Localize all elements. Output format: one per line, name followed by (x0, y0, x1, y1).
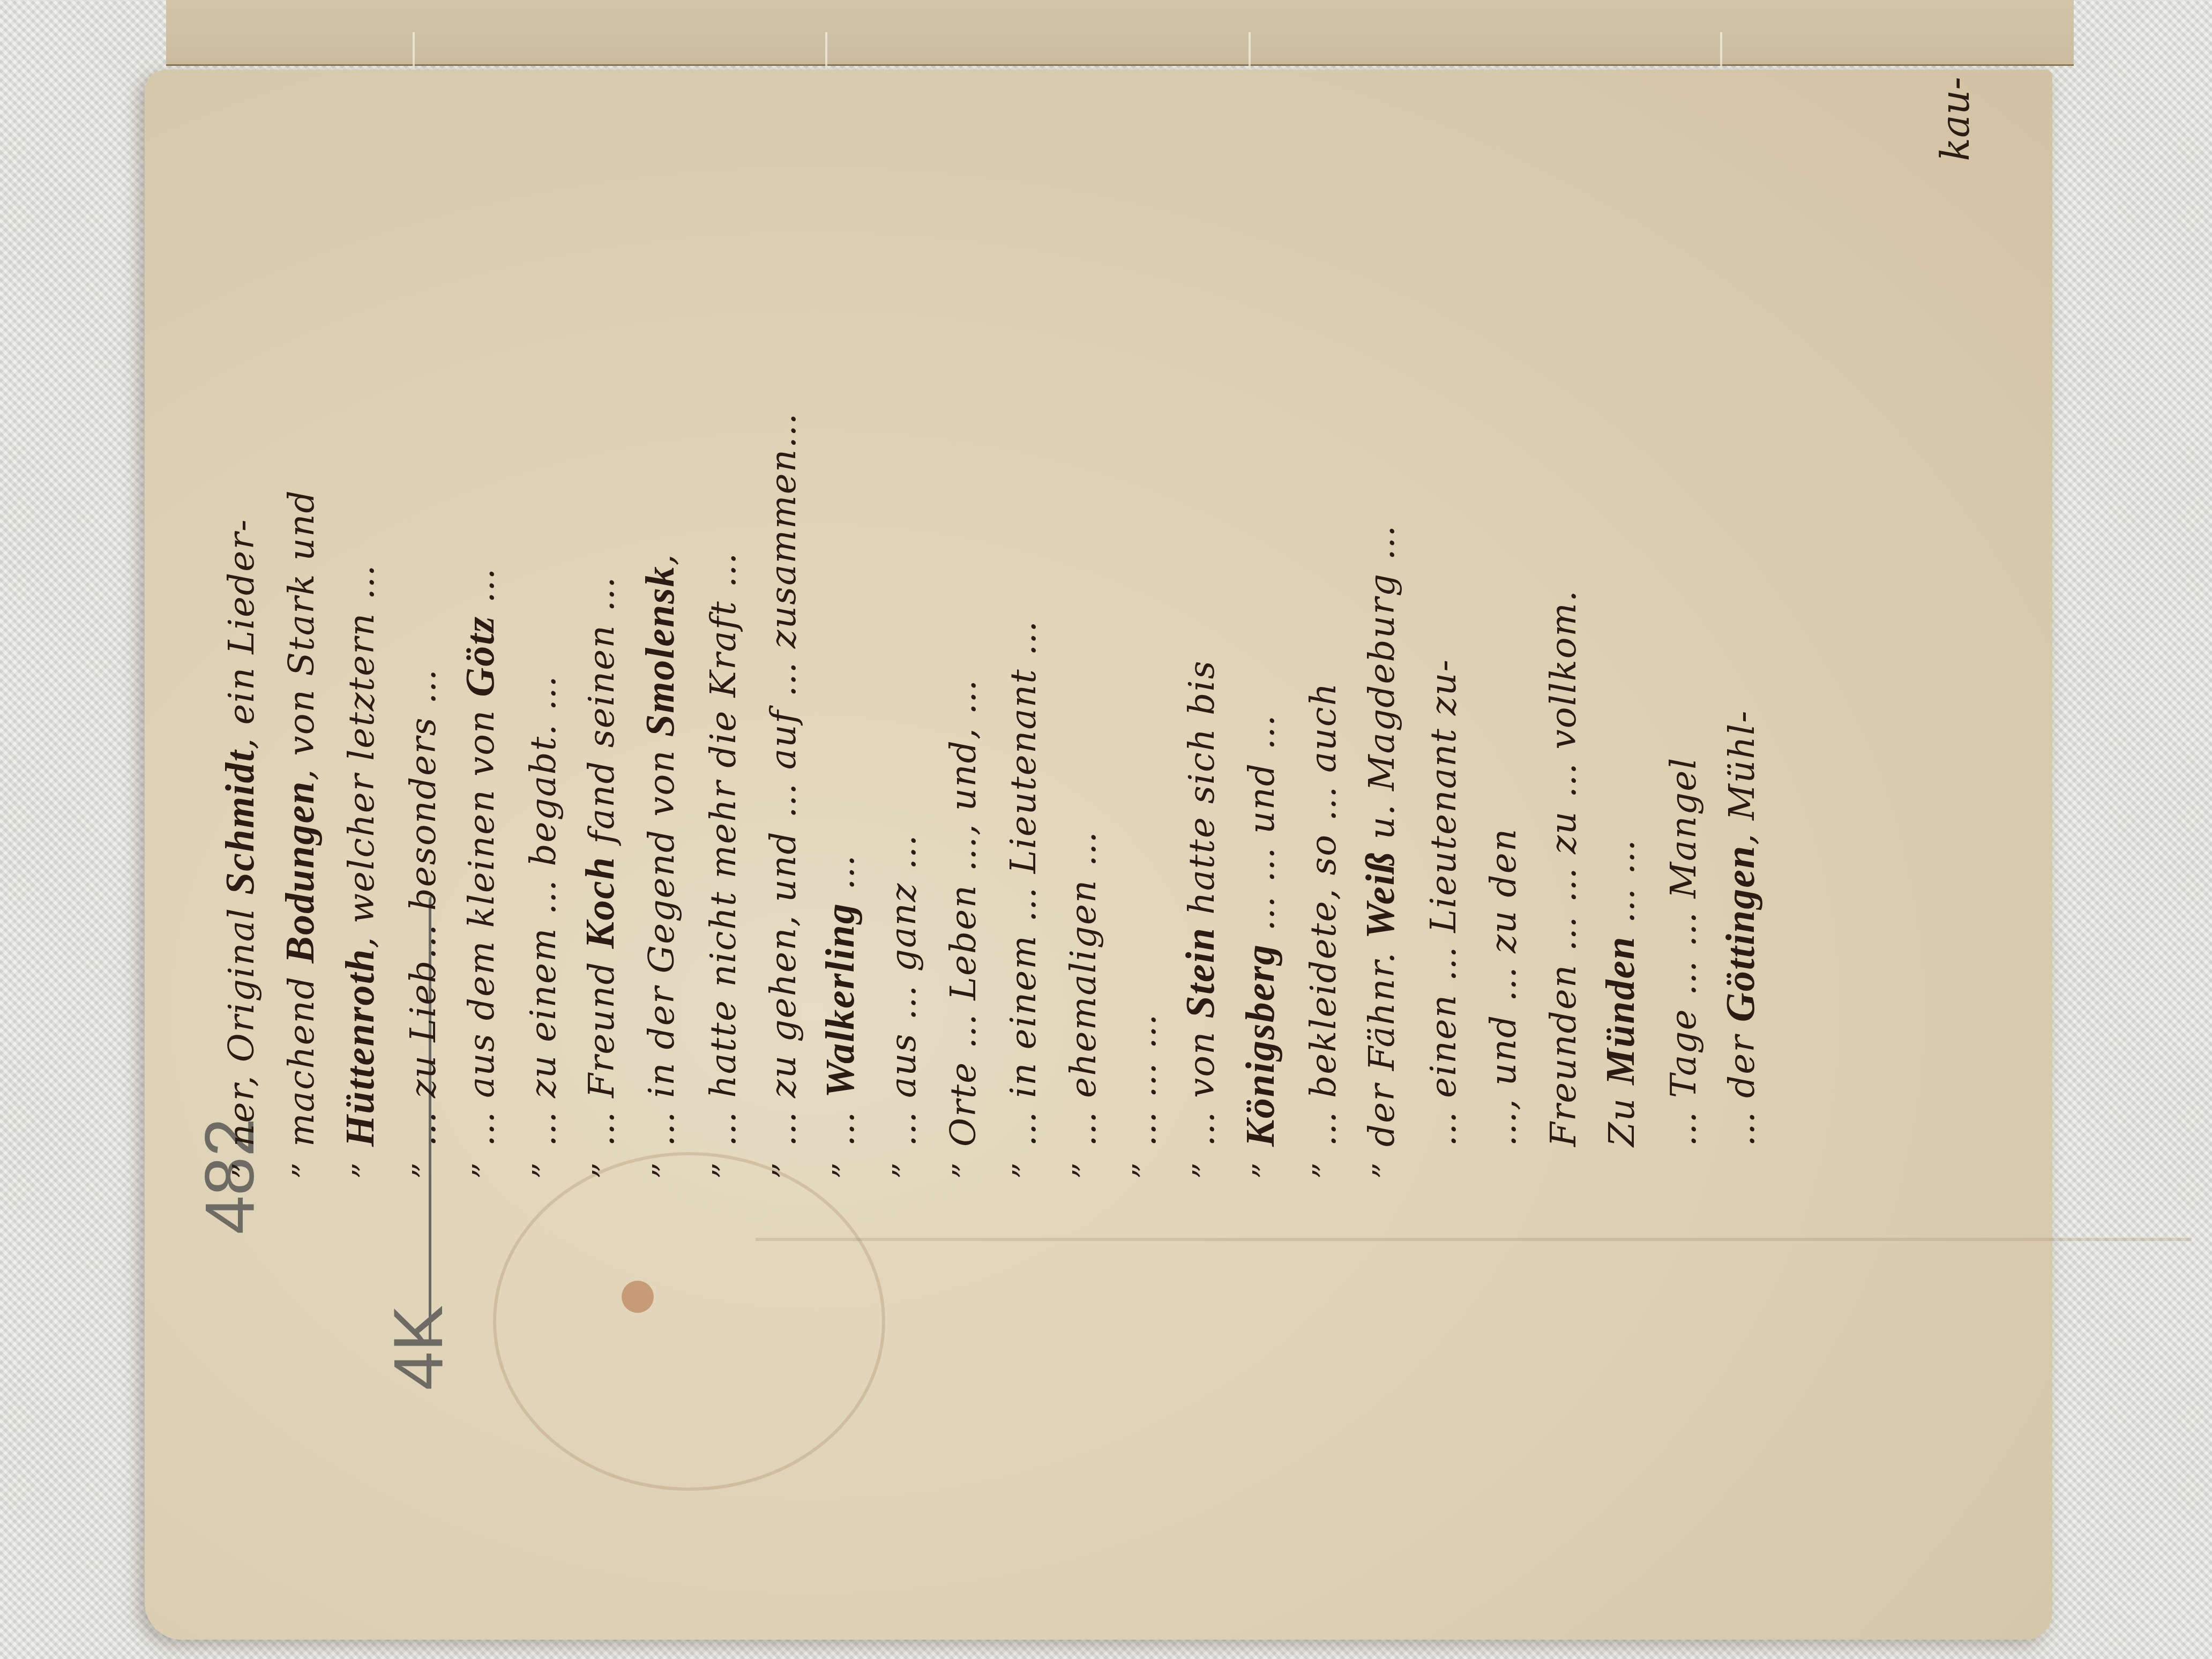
text-line: ”… hatte nicht mehr die Kraft … (684, 80, 744, 1179)
ditto-mark: ” (1186, 1147, 1224, 1179)
place-name: Smolensk (638, 565, 683, 737)
text-line: … einen … Lieutenant zu- (1404, 80, 1464, 1179)
ditto-mark: ” (826, 1147, 864, 1179)
text-line: … Tage … … Mangel (1644, 80, 1704, 1179)
stitch (825, 32, 827, 70)
ditto-mark: ” (1306, 1147, 1344, 1179)
text-line: ”… ehemaligen … (1044, 80, 1104, 1179)
manuscript-lines: ”ner, Origi­nal Schmidt, ein Lieder- ”ma… (204, 80, 1764, 1179)
ditto-mark: ” (286, 1147, 324, 1179)
person-name: Koch (578, 856, 623, 949)
text-line: ”… aus dem kleinen von Götz … (444, 80, 504, 1179)
ditto-mark: ” (646, 1147, 684, 1179)
place-name: Königsberg (1238, 944, 1283, 1147)
text-line: ”der Fähnr. Weiß u. Magdeburg … (1344, 80, 1404, 1179)
text-line: ”Orte … Leben …, und, … (924, 80, 984, 1179)
place-name: Göttingen (1718, 845, 1763, 1022)
ditto-mark: ” (766, 1147, 804, 1179)
ditto-mark: ” (1246, 1147, 1284, 1179)
text-line: ”… in einem … Lieutenant … (984, 80, 1044, 1179)
ditto-mark: ” (1126, 1147, 1164, 1179)
text-line: ”… zu einem … begabt. … (504, 80, 564, 1179)
person-name: Walkerling (818, 902, 863, 1098)
text-line: ”Königsberg … … und … (1224, 80, 1284, 1179)
ditto-mark: ” (1006, 1147, 1044, 1179)
person-name: Götz (458, 616, 503, 697)
stitch (1249, 32, 1251, 70)
ditto-mark: ” (466, 1147, 504, 1179)
binding-back-sheet (166, 0, 2074, 66)
text-line: ”… zu Lieb… besonders … (384, 80, 444, 1179)
ditto-mark: ” (946, 1147, 984, 1179)
text-line: ”… in der Gegend von Smolensk, (624, 80, 684, 1179)
water-stain (493, 1152, 885, 1491)
text-line: ”… Freund Koch fand seinen … (564, 80, 624, 1179)
text-line: ”… … … (1104, 80, 1164, 1179)
stitch (1720, 32, 1722, 70)
ditto-mark: ” (586, 1147, 624, 1179)
text-line: ”machend Bodungen, von Stark und (264, 80, 324, 1179)
person-name: Weiß (1358, 851, 1403, 939)
text-line: … der Göttingen, Mühl- (1704, 80, 1764, 1179)
ditto-mark: ” (1366, 1147, 1404, 1179)
place-name: Bodungen (278, 781, 323, 963)
ditto-mark: ” (526, 1147, 564, 1179)
text-line: ”… zu gehen, und … auf … zusammen… (744, 80, 804, 1179)
text-line: ”… bekleidete, so … auch (1284, 80, 1344, 1179)
text-line: Freunden … … zu … vollkom. (1524, 80, 1584, 1179)
text-line: ”… Walkerling … (804, 80, 864, 1179)
ditto-mark: ” (346, 1147, 384, 1179)
person-name: Schmidt (218, 749, 263, 895)
person-name: Stein (1178, 927, 1223, 1019)
place-name: Münden (1598, 936, 1643, 1085)
text-line: ”… von Stein hatte sich bis (1164, 80, 1224, 1179)
text-line: ”… aus … ganz … (864, 80, 924, 1179)
stitch (413, 32, 415, 70)
page-fold (756, 1238, 2192, 1241)
text-line: …, und … zu den (1464, 80, 1524, 1179)
text-line: ”ner, Origi­nal Schmidt, ein Lieder- (204, 80, 264, 1179)
text-line: ”Hüttenroth, welcher letztern … (324, 80, 384, 1179)
ditto-mark: ” (886, 1147, 924, 1179)
text-line: Zu Münden … … (1584, 80, 1644, 1179)
ditto-mark: ” (226, 1147, 264, 1179)
ditto-mark: ” (706, 1147, 744, 1179)
stain-spot (622, 1281, 654, 1313)
person-name: Hüttenroth (338, 948, 383, 1147)
line-continuation-fragment: kau- (1933, 77, 1978, 161)
ditto-mark: ” (1066, 1147, 1104, 1179)
pencil-margin-mark: 4K (378, 1305, 458, 1390)
ditto-mark: ” (406, 1147, 444, 1179)
